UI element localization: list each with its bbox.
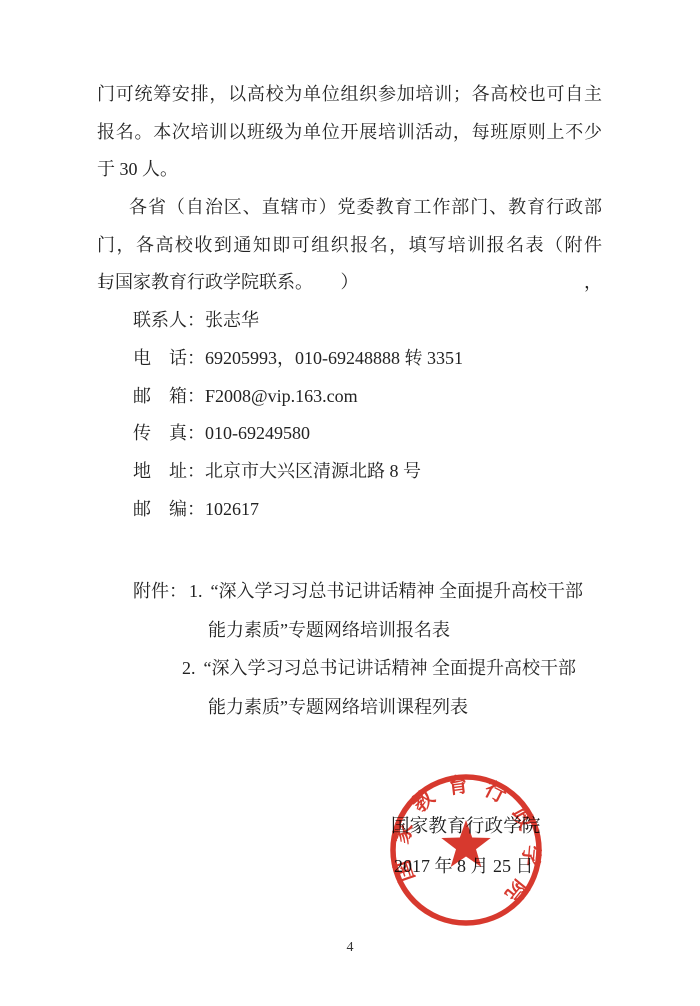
attachment-item-2-line1: 2.“深入学习习总书记讲话精神 全面提升高校干部 [97,649,602,688]
contact-label: 邮 编： [133,499,205,519]
contact-label: 电 话： [133,348,205,368]
contact-row-person: 联系人：张志华 [97,302,602,340]
contact-row-fax: 传 真：010-69249580 [97,415,602,453]
signature-organization: 国家教育行政学院 [391,812,541,838]
contact-value: 69205993，010-69248888 转 3351 [205,348,463,368]
attachment-item-1-line1: 附件：1.“深入学习习总书记讲话精神 全面提升高校干部 [97,572,602,611]
paragraph1-line3: 于 30 人。 [97,151,602,189]
attachment-number: 2. [182,658,196,678]
attachments-section: 附件：1.“深入学习习总书记讲话精神 全面提升高校干部 能力素质”专题网络培训报… [97,572,602,726]
seal-char: 院 [501,875,533,906]
contact-value: 北京市大兴区清源北路 8 号 [205,461,421,481]
contact-value: 102617 [205,499,259,519]
seal-char: 行 [481,777,511,808]
contact-value: F2008@vip.163.com [205,386,358,406]
contact-row-address: 地 址：北京市大兴区清源北路 8 号 [97,453,602,491]
attachments-label: 附件： [133,581,187,601]
attachment-number: 1. [189,581,203,601]
paragraph1-line2: 报名。本次培训以班级为单位开展培训活动，每班原则上不少 [97,114,602,152]
document-page: 门可统筹安排，以高校为单位组织参加培训；各高校也可自主 报名。本次培训以班级为单… [0,0,700,1006]
attachment-title: “深入学习习总书记讲话精神 全面提升高校干部 [204,658,577,678]
contact-label: 邮 箱： [133,386,205,406]
contact-label: 联系人： [133,310,205,330]
contact-row-phone: 电 话：69205993，010-69248888 转 3351 [97,340,602,378]
contact-label: 传 真： [133,423,205,443]
contact-label: 地 址： [133,461,205,481]
paragraph1-line1: 门可统筹安排，以高校为单位组织参加培训；各高校也可自主 [97,76,602,114]
contact-row-zipcode: 邮 编：102617 [97,491,602,529]
contact-value: 010-69249580 [205,423,310,443]
contact-row-email: 邮 箱：F2008@vip.163.com [97,378,602,416]
paragraph2-line2: 门，各高校收到通知即可组织报名，填写培训报名表（附件 1）， [97,227,602,265]
page-number: 4 [0,940,700,956]
seal-char: 育 [446,772,470,798]
seal-ring-text: 国 家 教 育 行 政 学 院 [388,772,544,909]
contact-value: 张志华 [205,310,259,330]
attachment-item-2-line2: 能力素质”专题网络培训课程列表 [97,688,602,727]
attachment-title: “深入学习习总书记讲话精神 全面提升高校干部 [211,581,584,601]
official-seal: 国 家 教 育 行 政 学 院 [388,772,544,928]
paragraph2-line1: 各省（自治区、直辖市）党委教育工作部门、教育行政部 [97,189,602,227]
attachment-item-1-line2: 能力素质”专题网络培训报名表 [97,611,602,650]
signature-date: 2017 年 8 月 25 日 [394,852,534,878]
seal-ring [393,777,539,923]
document-body: 门可统筹安排，以高校为单位组织参加培训；各高校也可自主 报名。本次培训以班级为单… [97,76,602,726]
